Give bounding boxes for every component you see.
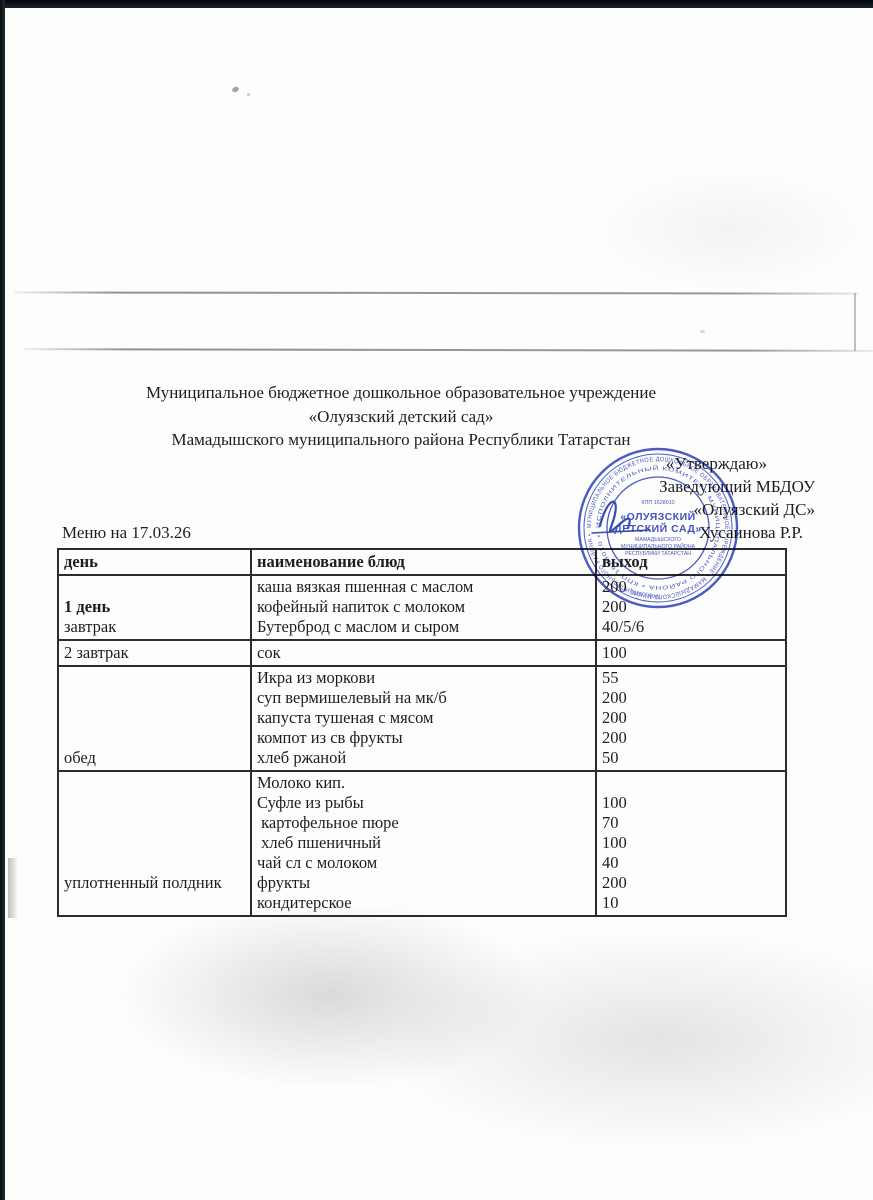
scanned-menu-document: Муниципальное бюджетное дошкольное образ… (0, 0, 873, 1200)
day-line (64, 833, 246, 853)
out-line: 55 (602, 668, 781, 688)
menu-cell-dish: Молоко кип.Суфле из рыбы картофельное пю… (251, 771, 596, 916)
out-line (602, 773, 781, 793)
out-line: 200 (602, 688, 781, 708)
out-line: 200 (602, 873, 781, 893)
day-line (64, 813, 246, 833)
scan-speck (231, 86, 239, 93)
dish-line: суп вермишелевый на мк/б (257, 688, 591, 708)
out-line: 10 (602, 893, 781, 913)
table-row: обедИкра из морковисуп вермишелевый на м… (58, 666, 786, 771)
dish-line: капуста тушеная с мясом (257, 708, 591, 728)
dish-line: сок (257, 642, 591, 663)
scan-shadow (600, 170, 860, 290)
day-line: завтрак (64, 617, 246, 637)
day-line (64, 793, 246, 813)
paper-edge-right (854, 293, 856, 351)
stamp-reg-number: 1626004941 (630, 590, 662, 601)
dish-line: компот из св фрукты (257, 728, 591, 748)
dish-line: кондитерское (257, 893, 591, 913)
out-line: 200 (602, 728, 781, 748)
day-line (64, 893, 246, 913)
menu-cell-dish: Икра из морковисуп вермишелевый на мк/бк… (251, 666, 596, 771)
day-line (64, 668, 246, 688)
dish-line: Молоко кип. (257, 773, 591, 793)
menu-cell-out: 5520020020050 (596, 666, 786, 771)
out-line: 70 (602, 813, 781, 833)
dish-line: картофельное пюре (257, 813, 591, 833)
scan-shadow (380, 930, 873, 1150)
day-line (64, 708, 246, 728)
dish-line: хлеб пшеничный (257, 833, 591, 853)
out-line: 100 (602, 833, 781, 853)
day-line (64, 773, 246, 793)
out-line: 50 (602, 748, 781, 768)
menu-cell-dish: каша вязкая пшенная с масломкофейный нап… (251, 575, 596, 640)
stamp-kpp-text: КПП 1628010 (641, 500, 674, 506)
day-line (64, 853, 246, 873)
menu-cell-out: 100701004020010 (596, 771, 786, 916)
out-line: 100 (602, 793, 781, 813)
out-line: 40/5/6 (602, 617, 781, 637)
dish-line: хлеб ржаной (257, 748, 591, 768)
stamp-sub-line3: РЕСПУБЛИКИ ТАТАРСТАН (625, 551, 691, 557)
scan-edge-left (0, 0, 5, 1200)
dish-line: Суфле из рыбы (257, 793, 591, 813)
org-header-line2: «Олуязский детский сад» (20, 405, 782, 429)
dish-line: каша вязкая пшенная с маслом (257, 577, 591, 597)
day-line: обед (64, 748, 246, 768)
stamp-sub-line1: МАМАДЫШСКОГО (635, 537, 681, 543)
day-line: 1 день (64, 597, 246, 617)
dish-line: чай сл с молоком (257, 853, 591, 873)
out-line: 100 (602, 642, 781, 663)
stamp-center-line1: «ОЛУЯЗСКИЙ (620, 510, 695, 523)
column-header-dishes: наименование блюд (251, 549, 596, 575)
scan-speck (247, 93, 250, 96)
dish-line: Икра из моркови (257, 668, 591, 688)
table-row: 2 завтраксок100 (58, 640, 786, 666)
menu-title: Меню на 17.03.26 (62, 523, 191, 543)
day-line (64, 728, 246, 748)
menu-cell-day: уплотненный полдник (58, 771, 251, 916)
stamp-sub-line2: МУНИЦИПАЛЬНОГО РАЙОНА (621, 542, 696, 550)
scan-edge-top (0, 0, 873, 8)
menu-cell-day: 1 деньзавтрак (58, 575, 251, 640)
table-row: уплотненный полдник Молоко кип.Суфле из … (58, 771, 786, 916)
day-line (64, 577, 246, 597)
dish-line: фрукты (257, 873, 591, 893)
out-line: 40 (602, 853, 781, 873)
paper-corner-bottom-left (8, 858, 17, 918)
dish-line: Бутерброд с маслом и сыром (257, 617, 591, 637)
day-line: уплотненный полдник (64, 873, 246, 893)
paper-edge-line-lower (24, 348, 873, 352)
org-header-line1: Муниципальное бюджетное дошкольное образ… (20, 381, 782, 405)
menu-cell-out: 100 (596, 640, 786, 666)
dish-line: кофейный напиток с молоком (257, 597, 591, 617)
menu-cell-dish: сок (251, 640, 596, 666)
menu-cell-day: 2 завтрак (58, 640, 251, 666)
paper-edge-line-upper (14, 291, 858, 294)
out-line: 200 (602, 708, 781, 728)
column-header-day: день (58, 549, 251, 575)
day-line (64, 688, 246, 708)
scan-shadow (120, 900, 540, 1090)
scan-speck (700, 330, 705, 333)
official-stamp: МУНИЦИПАЛЬНОЕ БЮДЖЕТНОЕ ДОШКОЛЬНОЕ ОБРАЗ… (570, 440, 746, 616)
menu-cell-day: обед (58, 666, 251, 771)
day-line: 2 завтрак (64, 642, 246, 663)
